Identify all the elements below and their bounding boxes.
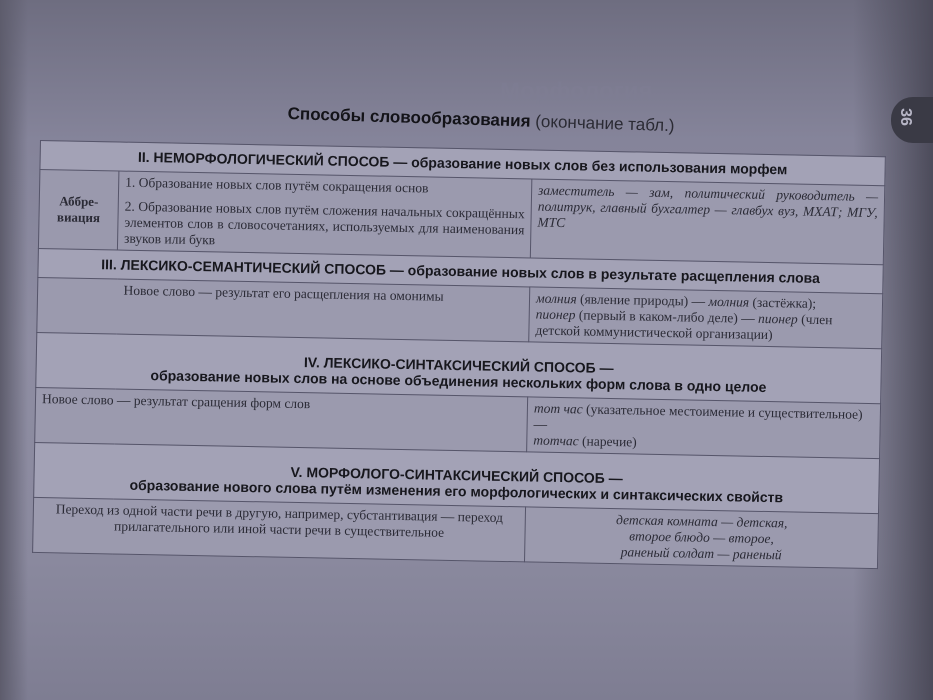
morphological-syntactic-definition: Переход из одной части речи в другую, на…	[33, 497, 526, 561]
abbreviation-examples: заместитель — зам, политический руководи…	[530, 179, 884, 265]
page-number: 36	[896, 108, 914, 126]
lexical-syntactic-examples: тот час (указательное местоимение и суще…	[527, 397, 881, 459]
bleed-through-header: Морфология	[500, 78, 652, 106]
lexical-semantic-definition: Новое слово — результат его расщепления …	[37, 277, 530, 341]
lexical-semantic-examples: молния (явление природы) — молния (застё…	[529, 287, 883, 349]
table-title: Способы словообразования (окончание табл…	[287, 104, 674, 136]
word-formation-table: II. НЕМОРФОЛОГИЧЕСКИЙ СПОСОБ — образован…	[32, 140, 886, 569]
title-main: Способы словообразования	[287, 104, 530, 131]
morphological-syntactic-examples: детская комната — детская, второе блюдо …	[524, 507, 878, 569]
lexical-syntactic-definition: Новое слово — результат сращения форм сл…	[35, 387, 528, 451]
abbreviation-definitions: 1. Образование новых слов путём сокращен…	[117, 171, 531, 258]
example-line: пионер (первый в каком-либо деле) — пион…	[535, 307, 876, 346]
definition-2: 2. Образование новых слов путём сложения…	[124, 199, 525, 255]
page-shadow-left	[0, 0, 28, 700]
title-sub: (окончание табл.)	[535, 112, 675, 135]
abbreviation-label: Аббре-виация	[38, 170, 119, 251]
